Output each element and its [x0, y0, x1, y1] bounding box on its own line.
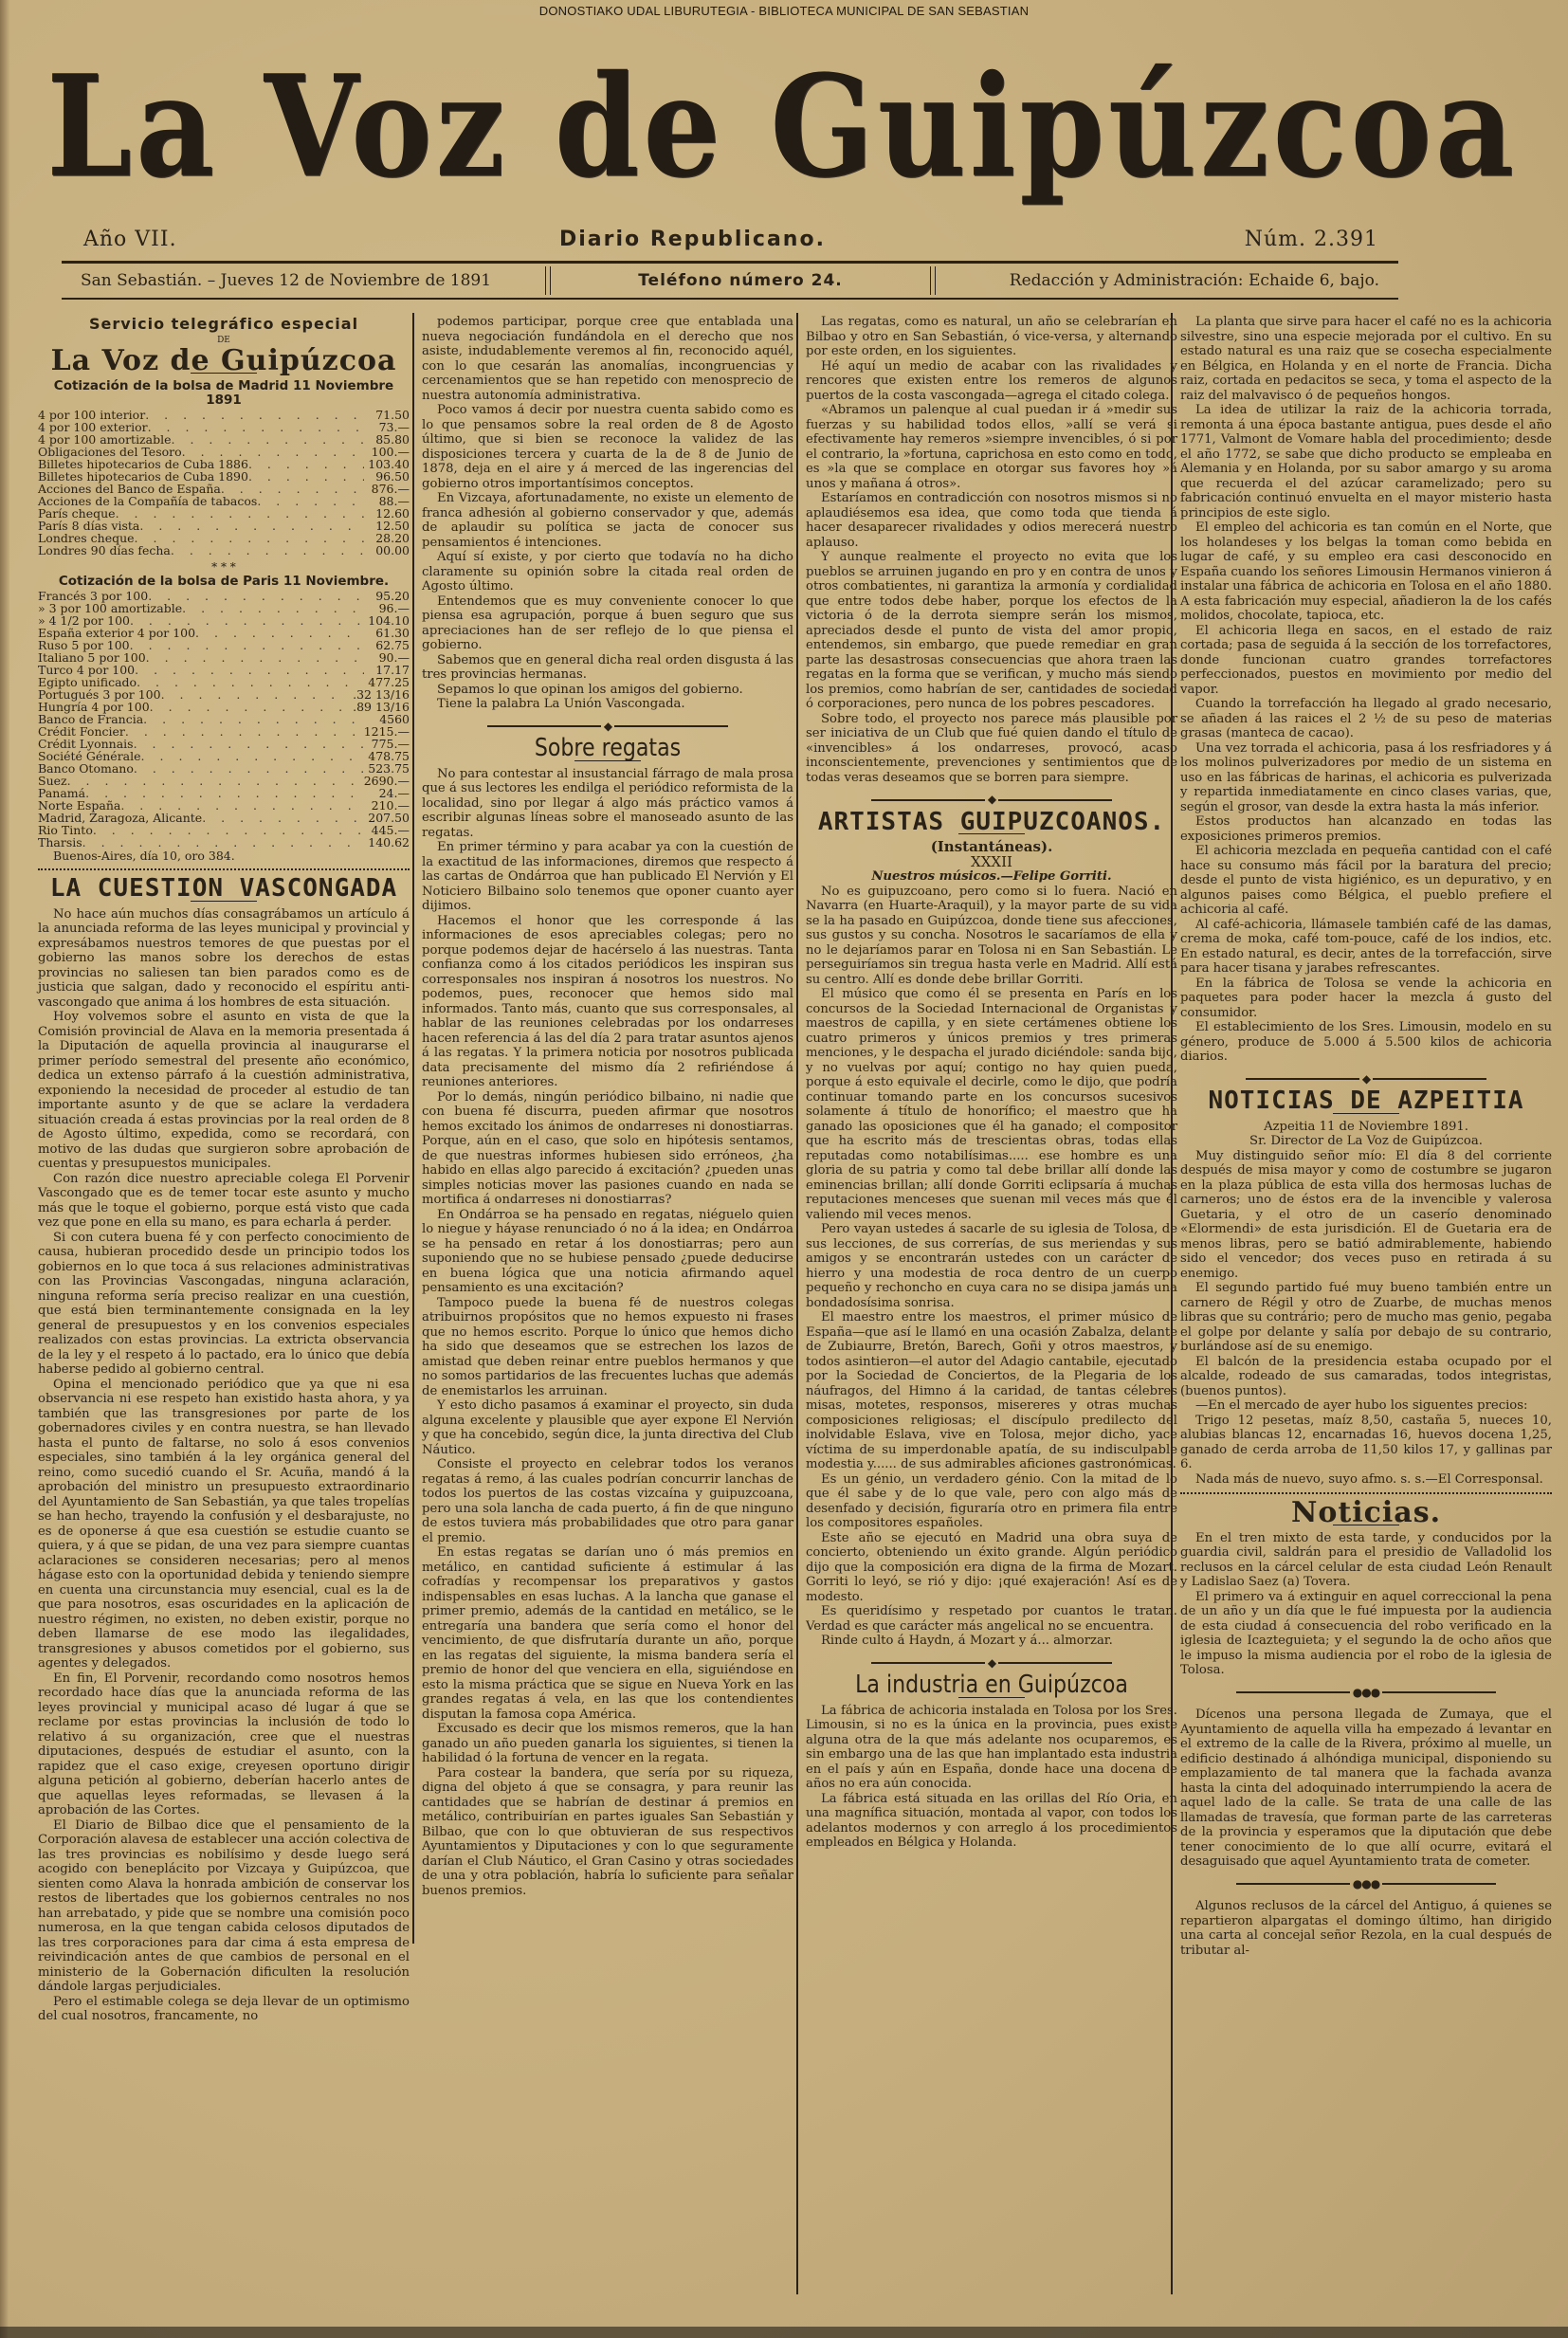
- paragraph: Al café-achicoria, llámasele también caf…: [1180, 918, 1552, 977]
- quote-label: París cheque: [38, 507, 116, 520]
- masthead-subheader: Año VII. Diario Republicano. Núm. 2.391: [0, 228, 1568, 265]
- quote-row: Billetes hipotecarios de Cuba 1890. . . …: [38, 470, 410, 483]
- paragraph: «Abramos un palenque al cual puedan ir á…: [806, 403, 1177, 491]
- quote-value: 2690.—: [360, 775, 410, 787]
- buenos-aires-note: Buenos-Aires, día 10, oro 384.: [38, 849, 410, 864]
- leader-dots: . . . . . . . . . . . . . . . . . . . . …: [139, 520, 364, 532]
- ornamental-divider: ◆: [1180, 1072, 1552, 1087]
- paragraph: En la fábrica de Tolosa se vende la achi…: [1180, 977, 1552, 1021]
- quote-value: 523.75: [364, 762, 410, 775]
- quote-value: 88.—: [364, 495, 410, 507]
- quote-value: 477.25: [364, 676, 410, 688]
- paragraph: Muy distinguido señor mío: El día 8 del …: [1180, 1149, 1552, 1282]
- quote-row: Acciones del Banco de España. . . . . . …: [38, 483, 410, 495]
- leader-dots: . . . . . . . . . . . . . . . . . . . . …: [141, 750, 364, 762]
- quote-label: Société Générale: [38, 750, 141, 762]
- column-rule: [412, 313, 414, 1944]
- leader-dots: . . . . . . . . . . . . . . . . . . . . …: [145, 409, 364, 421]
- office-address: Redacción y Administración: Echaide 6, b…: [936, 271, 1398, 290]
- quote-row: Obligaciones del Tesoro. . . . . . . . .…: [38, 446, 410, 458]
- quote-value: 445.—: [364, 824, 410, 836]
- quote-label: » 4 1/2 por 100: [38, 614, 130, 627]
- paragraph: La planta que sirve para hacer el café n…: [1180, 315, 1552, 403]
- paragraph: Estos productos han alcanzado en todas l…: [1180, 814, 1552, 844]
- leader-dots: . . . . . . . . . . . . . . . . . . . . …: [130, 639, 364, 651]
- paragraph: El achicoria mezclada en pequeña cantida…: [1180, 844, 1552, 918]
- quote-value: .32 13/16: [349, 688, 410, 701]
- paragraph: Hé aquí un medio de acabar con las rival…: [806, 359, 1177, 404]
- leader-dots: . . . . . . . . . . . . . . . . . . . . …: [130, 614, 364, 627]
- quote-label: Banco Otomano: [38, 762, 134, 775]
- leader-dots: . . . . . . . . . . . . . . . . . . . . …: [257, 495, 364, 507]
- section-title-noticias: Noticias.: [1180, 1506, 1552, 1521]
- news-item-2: Dícenos una persona llegada de Zumaya, q…: [1180, 1708, 1552, 1870]
- quote-row: Banco Otomano. . . . . . . . . . . . . .…: [38, 762, 410, 775]
- quote-row: Egipto unificado. . . . . . . . . . . . …: [38, 676, 410, 688]
- leader-dots: . . . . . . . . . . . . . . . . . . . . …: [221, 483, 364, 495]
- article-body-industria: La fábrica de achicoria instalada en Tol…: [806, 1704, 1177, 1851]
- column-1: Servicio telegráfico especial DE La Voz …: [38, 303, 410, 2024]
- quote-value: 478.75: [364, 750, 410, 762]
- paragraph: En Vizcaya, afortunadamente, no existe u…: [422, 491, 793, 550]
- leader-dots: . . . . . . . . . . . . . . . . . . . . …: [82, 836, 364, 849]
- paragraph: El músico que como él se presenta en Par…: [806, 987, 1177, 1222]
- quote-row: París cheque. . . . . . . . . . . . . . …: [38, 507, 410, 520]
- news-item-3: Algunos reclusos de la cárcel del Antigu…: [1180, 1899, 1552, 1958]
- quote-value: 71.50: [364, 409, 410, 421]
- quote-value: .89 13/16: [349, 701, 410, 713]
- paragraph: Es un génio, un verdadero génio. Con la …: [806, 1472, 1177, 1531]
- paragraph: Estaríamos en contradicción con nosotros…: [806, 491, 1177, 550]
- paragraph: No hace aún muchos días consagrábamos un…: [38, 907, 410, 1011]
- quote-row: España exterior 4 por 100. . . . . . . .…: [38, 627, 410, 639]
- paragraph: Una vez torrada el achicoria, pasa á los…: [1180, 741, 1552, 815]
- paragraph: Es queridísimo y respetado por cuantos l…: [806, 1604, 1177, 1634]
- quote-value: 17.17: [364, 664, 410, 676]
- quote-row: Tharsis. . . . . . . . . . . . . . . . .…: [38, 836, 410, 849]
- leader-dots: . . . . . . . . . . . . . . . . . . . . …: [148, 590, 364, 602]
- issue-number: Núm. 2.391: [1245, 228, 1378, 251]
- ornamental-divider: ●●●: [1180, 1877, 1552, 1892]
- paragraph: Rinde culto á Haydn, á Mozart y á... alm…: [806, 1634, 1177, 1649]
- paragraph: Sobre todo, el proyecto nos parece más p…: [806, 712, 1177, 786]
- page-columns: Servicio telegráfico especial DE La Voz …: [19, 303, 1536, 2323]
- quote-label: 4 por 100 exterior: [38, 421, 148, 433]
- quote-value: 876.—: [364, 483, 410, 495]
- quote-value: 140.62: [364, 836, 410, 849]
- quote-label: Ruso 5 por 100: [38, 639, 130, 651]
- quote-value: 62.75: [364, 639, 410, 651]
- asterism: * * *: [38, 560, 410, 575]
- quote-label: Banco de Francia: [38, 713, 143, 725]
- newspaper-masthead: La Voz de Guipúzcoa: [38, 57, 1526, 196]
- quote-label: Italiano 5 por 100: [38, 651, 146, 664]
- leader-dots: . . . . . . . . . . . . . . . . . . . . …: [120, 799, 364, 812]
- quote-label: Crédit Lyonnais: [38, 738, 134, 750]
- paragraph: Y aunque realmente el proyecto no evita …: [806, 550, 1177, 712]
- paragraph: El achicoria llega en sacos, en el estad…: [1180, 624, 1552, 698]
- quote-row: Francés 3 por 100. . . . . . . . . . . .…: [38, 590, 410, 602]
- quote-label: Londres cheque: [38, 532, 135, 544]
- leader-dots: . . . . . . . . . . . . . . . . . . . . …: [93, 824, 364, 836]
- paragraph: Tampoco puede la buena fé de nuestros co…: [422, 1296, 793, 1399]
- paragraph: Pero el estimable colega se deja llevar …: [38, 1995, 410, 2024]
- quote-value: 96.50: [364, 470, 410, 483]
- paragraph: Dícenos una persona llegada de Zumaya, q…: [1180, 1708, 1552, 1870]
- artistas-byline: Nuestros músicos.—Felipe Gorriti.: [806, 869, 1177, 885]
- paragraph: En estas regatas se darían uno ó más pre…: [422, 1545, 793, 1722]
- quote-row: Portugués 3 por 100. . . . . . . . . . .…: [38, 688, 410, 701]
- paragraph: Con razón dice nuestro apreciable colega…: [38, 1172, 410, 1231]
- page-edge: [0, 0, 9, 2338]
- masthead-subtitle: Diario Republicano.: [559, 228, 826, 251]
- paragraph: Consiste el proyecto en celebrar todos l…: [422, 1457, 793, 1545]
- leader-dots: . . . . . . . . . . . . . . . . . . . . …: [248, 458, 364, 470]
- madrid-exchange-header: Cotización de la bolsa de Madrid 11 Novi…: [38, 379, 410, 409]
- ornamental-divider: ◆: [422, 720, 793, 735]
- ornamental-divider: ●●●: [1180, 1686, 1552, 1701]
- paragraph: Tiene la palabra La Unión Vascongada.: [422, 697, 793, 712]
- quote-label: España exterior 4 por 100: [38, 627, 195, 639]
- ornamental-divider: ◆: [806, 793, 1177, 808]
- paris-quotes-list: Francés 3 por 100. . . . . . . . . . . .…: [38, 590, 410, 849]
- quote-label: Norte España: [38, 799, 120, 812]
- paragraph: La fábrica de achicoria instalada en Tol…: [806, 1704, 1177, 1792]
- paragraph: Entendemos que es muy conveniente conoce…: [422, 594, 793, 653]
- paragraph: Pero vayan ustedes á sacarle de su igles…: [806, 1222, 1177, 1310]
- paragraph: En el tren mixto de esta tarde, y conduc…: [1180, 1531, 1552, 1590]
- leader-dots: . . . . . . . . . . . . . . . . . . . . …: [182, 446, 364, 458]
- quote-label: París 8 días vista: [38, 520, 139, 532]
- paragraph: Hacemos el honor que les corresponde á l…: [422, 914, 793, 1090]
- quote-row: 4 por 100 amortizable. . . . . . . . . .…: [38, 433, 410, 446]
- article-body-regatas-continued: Las regatas, como es natural, un año se …: [806, 315, 1177, 785]
- paragraph: Algunos reclusos de la cárcel del Antigu…: [1180, 1899, 1552, 1958]
- paragraph: El segundo partido fué muy bueno también…: [1180, 1281, 1552, 1355]
- article-body-azpeitia: Muy distinguido señor mío: El día 8 del …: [1180, 1149, 1552, 1488]
- paragraph: —En el mercado de ayer hubo los siguente…: [1180, 1398, 1552, 1414]
- paragraph: Sepamos lo que opinan los amigos del gob…: [422, 683, 793, 698]
- page-bottom-edge: [0, 2327, 1568, 2338]
- leader-dots: . . . . . . . . . . . . . . . . . . . . …: [195, 627, 364, 639]
- quote-row: Norte España. . . . . . . . . . . . . . …: [38, 799, 410, 812]
- paragraph: Excusado es decir que los mismos remeros…: [422, 1722, 793, 1766]
- paragraph: Y esto dicho pasamos á examinar el proye…: [422, 1398, 793, 1457]
- quote-row: Madrid, Zaragoza, Alicante. . . . . . . …: [38, 812, 410, 824]
- azpeitia-dateline: Azpeitia 11 de Noviembre 1891.: [1180, 1120, 1552, 1135]
- quote-value: 28.20: [364, 532, 410, 544]
- quote-value: 103.40: [364, 458, 410, 470]
- quote-label: Obligaciones del Tesoro: [38, 446, 182, 458]
- paragraph: En fin, El Porvenir, recordando como nos…: [38, 1671, 410, 1818]
- quote-label: Acciones del Banco de España: [38, 483, 221, 495]
- paper-name-banner: La Voz de Guipúzcoa: [38, 354, 410, 369]
- paragraph: La idea de utilizar la raiz de la achico…: [1180, 403, 1552, 521]
- quote-row: » 4 1/2 por 100. . . . . . . . . . . . .…: [38, 614, 410, 627]
- quote-label: Hungría 4 por 100: [38, 701, 150, 713]
- paragraph: Las regatas, como es natural, un año se …: [806, 315, 1177, 359]
- article-title-cuestion-vascongada: LA CUESTION VASCONGADA: [38, 882, 410, 897]
- leader-dots: . . . . . . . . . . . . . . . . . . . . …: [148, 421, 364, 433]
- paragraph: La fábrica está situada en las orillas d…: [806, 1792, 1177, 1851]
- quote-value: 12.50: [364, 520, 410, 532]
- paragraph: podemos participar, porque cree que enta…: [422, 315, 793, 403]
- leader-dots: . . . . . . . . . . . . . . . . . . . . …: [182, 602, 364, 614]
- article-body-cuestion-vascongada: No hace aún muchos días consagrábamos un…: [38, 907, 410, 2024]
- quote-row: Italiano 5 por 100. . . . . . . . . . . …: [38, 651, 410, 664]
- paragraph: Para costear la bandera, que sería por s…: [422, 1766, 793, 1899]
- quote-row: Crédit Foncier. . . . . . . . . . . . . …: [38, 725, 410, 738]
- info-bar: San Sebastián. – Jueves 12 de Noviembre …: [62, 261, 1398, 300]
- quote-label: Egipto unificado: [38, 676, 137, 688]
- leader-dots: . . . . . . . . . . . . . . . . . . . . …: [134, 738, 364, 750]
- leader-dots: . . . . . . . . . . . . . . . . . . . . …: [135, 664, 364, 676]
- paragraph: El balcón de la presidencia estaba ocupa…: [1180, 1355, 1552, 1399]
- paragraph: No es guipuzcoano, pero como si lo fuera…: [806, 885, 1177, 988]
- quote-label: Billetes hipotecarios de Cuba 1890: [38, 470, 248, 483]
- ornamental-divider: ◆: [806, 1656, 1177, 1671]
- telegraph-header: Servicio telegráfico especial: [38, 317, 410, 332]
- leader-dots: . . . . . . . . . . . . . . . . . . . . …: [134, 762, 364, 775]
- quote-row: Acciones de la Compañía de tabacos. . . …: [38, 495, 410, 507]
- quote-value: 24.—: [364, 787, 410, 799]
- article-title-azpeitia: NOTICIAS DE AZPEITIA: [1180, 1094, 1552, 1109]
- leader-dots: . . . . . . . . . . . . . . . . . . . . …: [143, 713, 364, 725]
- quote-value: 73.—: [364, 421, 410, 433]
- quote-value: 207.50: [364, 812, 410, 824]
- leader-dots: . . . . . . . . . . . . . . . . . . . . …: [67, 775, 360, 787]
- paragraph: Nada más de nuevo, suyo afmo. s. s.—El C…: [1180, 1472, 1552, 1488]
- quote-value: 1215.—: [360, 725, 410, 738]
- column-2: podemos participar, porque cree que enta…: [422, 303, 793, 1898]
- leader-dots: . . . . . . . . . . . . . . . . . . . . …: [135, 532, 364, 544]
- paragraph: Hoy volvemos sobre el asunto en vista de…: [38, 1010, 410, 1172]
- quote-row: Panamá. . . . . . . . . . . . . . . . . …: [38, 787, 410, 799]
- quote-row: Hungría 4 por 100. . . . . . . . . . . .…: [38, 701, 410, 713]
- quote-label: Londres 90 días fecha: [38, 544, 171, 557]
- quote-label: Billetes hipotecarios de Cuba 1886: [38, 458, 248, 470]
- quote-row: Banco de Francia. . . . . . . . . . . . …: [38, 713, 410, 725]
- quote-row: Londres cheque. . . . . . . . . . . . . …: [38, 532, 410, 544]
- paragraph: En primer término y para acabar ya con l…: [422, 840, 793, 914]
- quote-value: 104.10: [364, 614, 410, 627]
- leader-dots: . . . . . . . . . . . . . . . . . . . . …: [125, 725, 360, 738]
- quote-label: » 3 por 100 amortizable: [38, 602, 182, 614]
- leader-dots: . . . . . . . . . . . . . . . . . . . . …: [161, 688, 350, 701]
- quote-value: 100.—: [364, 446, 410, 458]
- quote-row: Billetes hipotecarios de Cuba 1886. . . …: [38, 458, 410, 470]
- quote-row: Crédit Lyonnais. . . . . . . . . . . . .…: [38, 738, 410, 750]
- quote-value: 61.30: [364, 627, 410, 639]
- leader-dots: . . . . . . . . . . . . . . . . . . . . …: [137, 676, 364, 688]
- paris-exchange-header: Cotización de la bolsa de Paris 11 Novie…: [38, 575, 410, 590]
- paragraph: El empleo del achicoria es tan común en …: [1180, 521, 1552, 624]
- leader-dots: . . . . . . . . . . . . . . . . . . . . …: [146, 651, 364, 664]
- quote-row: 4 por 100 exterior. . . . . . . . . . . …: [38, 421, 410, 433]
- paragraph: El maestro entre los maestros, el primer…: [806, 1310, 1177, 1472]
- artistas-number: XXXII: [806, 855, 1177, 870]
- quote-row: Rio Tinto. . . . . . . . . . . . . . . .…: [38, 824, 410, 836]
- quote-label: Portugués 3 por 100: [38, 688, 161, 701]
- paragraph: Cuando la torrefacción ha llegado al gra…: [1180, 697, 1552, 741]
- article-body-industria-continued: La planta que sirve para hacer el café n…: [1180, 315, 1552, 1065]
- quote-value: 85.80: [364, 433, 410, 446]
- quote-label: Crédit Foncier: [38, 725, 125, 738]
- paragraph: No para contestar al insustancial fárrag…: [422, 767, 793, 841]
- article-body-sobre-regatas: No para contestar al insustancial fárrag…: [422, 767, 793, 1899]
- quote-value: 90.—: [364, 651, 410, 664]
- paragraph: Sabemos que en general dicha real orden …: [422, 653, 793, 683]
- paragraph: Trigo 12 pesetas, maíz 8,50, castaña 5, …: [1180, 1414, 1552, 1472]
- quote-row: Londres 90 días fecha. . . . . . . . . .…: [38, 544, 410, 557]
- quote-label: Rio Tinto: [38, 824, 93, 836]
- quote-label: Acciones de la Compañía de tabacos: [38, 495, 257, 507]
- quote-label: Francés 3 por 100: [38, 590, 148, 602]
- quote-value: 96.—: [364, 602, 410, 614]
- leader-dots: . . . . . . . . . . . . . . . . . . . . …: [85, 787, 364, 799]
- quote-label: Madrid, Zaragoza, Alicante: [38, 812, 202, 824]
- azpeitia-salutation: Sr. Director de La Voz de Guipúzcoa.: [1180, 1134, 1552, 1149]
- column-3: Las regatas, como es natural, un año se …: [806, 303, 1177, 1851]
- quote-label: Turco 4 por 100: [38, 664, 135, 676]
- leader-dots: . . . . . . . . . . . . . . . . . . . . …: [150, 701, 349, 713]
- article-title-industria: La industria en Guipúzcoa: [833, 1678, 1149, 1693]
- quote-value: 95.20: [364, 590, 410, 602]
- paragraph: Opina el mencionado periódico que ya que…: [38, 1378, 410, 1671]
- paragraph: En Ondárroa se ha pensado en regatas, ni…: [422, 1208, 793, 1296]
- issue-date: San Sebastián. – Jueves 12 de Noviembre …: [62, 271, 545, 290]
- quote-row: 4 por 100 interior. . . . . . . . . . . …: [38, 409, 410, 421]
- library-credit: DONOSTIAKO UDAL LIBURUTEGIA - BIBLIOTECA…: [0, 4, 1568, 18]
- quote-row: » 3 por 100 amortizable. . . . . . . . .…: [38, 602, 410, 614]
- paragraph: El establecimiento de los Sres. Limousin…: [1180, 1020, 1552, 1065]
- quote-row: Turco 4 por 100. . . . . . . . . . . . .…: [38, 664, 410, 676]
- quote-row: Suez. . . . . . . . . . . . . . . . . . …: [38, 775, 410, 787]
- leader-dots: . . . . . . . . . . . . . . . . . . . . …: [248, 470, 364, 483]
- quote-value: 12.60: [364, 507, 410, 520]
- article-title-artistas: ARTISTAS GUIPUZCOANOS.: [806, 815, 1177, 831]
- leader-dots: . . . . . . . . . . . . . . . . . . . . …: [172, 433, 365, 446]
- quote-row: Société Générale. . . . . . . . . . . . …: [38, 750, 410, 762]
- quote-row: París 8 días vista. . . . . . . . . . . …: [38, 520, 410, 532]
- quote-label: 4 por 100 interior: [38, 409, 145, 421]
- quote-value: 210.—: [364, 799, 410, 812]
- column-rule: [796, 313, 798, 2294]
- quote-label: Panamá: [38, 787, 85, 799]
- quote-label: Suez: [38, 775, 67, 787]
- article-body-continued: podemos participar, porque cree que enta…: [422, 315, 793, 712]
- paragraph: Si con cutera buena fé y con perfecto co…: [38, 1231, 410, 1378]
- paragraph: Por lo demás, ningún periódico bilbaino,…: [422, 1090, 793, 1208]
- leader-dots: . . . . . . . . . . . . . . . . . . . . …: [171, 544, 364, 557]
- volume-year: Año VII.: [83, 228, 177, 251]
- paragraph: El primero va á extinguir en aquel corre…: [1180, 1590, 1552, 1678]
- article-body-artistas: No es guipuzcoano, pero como si lo fuera…: [806, 885, 1177, 1649]
- paragraph: Poco vamos á decir por nuestra cuenta sa…: [422, 403, 793, 491]
- paragraph: Este año se ejecutó en Madrid una obra s…: [806, 1531, 1177, 1605]
- quote-label: Tharsis: [38, 836, 82, 849]
- article-title-sobre-regatas: Sobre regatas: [449, 741, 765, 757]
- quote-value: 4560: [364, 713, 410, 725]
- quote-row: Ruso 5 por 100. . . . . . . . . . . . . …: [38, 639, 410, 651]
- quote-value: 00.00: [364, 544, 410, 557]
- news-item-1: En el tren mixto de esta tarde, y conduc…: [1180, 1531, 1552, 1678]
- paragraph: El Diario de Bilbao dice que el pensamie…: [38, 1818, 410, 1995]
- column-4: La planta que sirve para hacer el café n…: [1180, 303, 1552, 1958]
- quote-label: 4 por 100 amortizable: [38, 433, 172, 446]
- leader-dots: . . . . . . . . . . . . . . . . . . . . …: [116, 507, 364, 520]
- phone-number: Teléfono número 24.: [551, 271, 930, 290]
- madrid-quotes-list: 4 por 100 interior. . . . . . . . . . . …: [38, 409, 410, 557]
- leader-dots: . . . . . . . . . . . . . . . . . . . . …: [202, 812, 364, 824]
- paragraph: Aquí sí existe, y por cierto que todavía…: [422, 550, 793, 594]
- quote-value: 775.—: [364, 738, 410, 750]
